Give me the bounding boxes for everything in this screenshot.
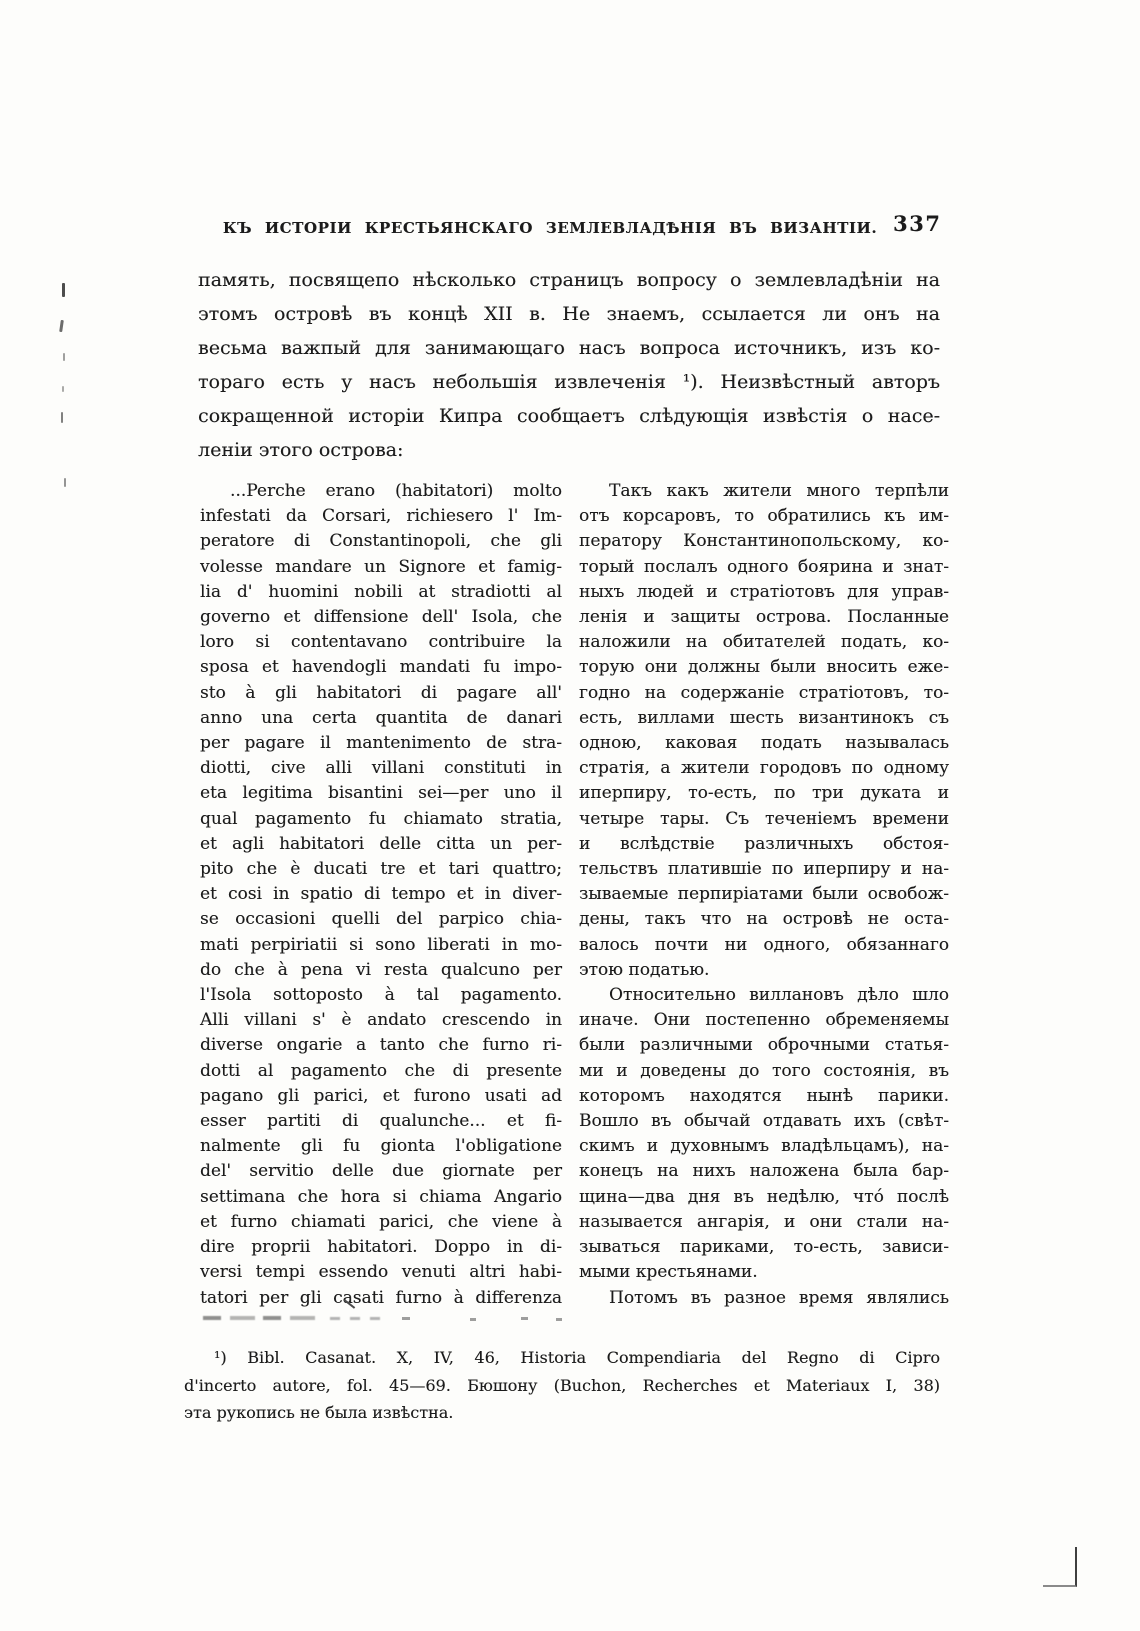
page-number: 337: [893, 211, 941, 236]
scan-smudge-line: [330, 1317, 390, 1320]
text-line: versi tempi essendo venuti altri habi-: [200, 1260, 562, 1285]
text-line: память, посвящепо нѣсколько страницъ воп…: [198, 263, 940, 297]
text-line: конецъ на нихъ наложена была бар-: [579, 1159, 949, 1184]
text-line: тельствъ платившіе по иперпиру и на-: [579, 857, 949, 882]
text-line: щина—два дня въ недѣлю, чтó послѣ: [579, 1185, 949, 1210]
text-line: ми и доведены до того состоянія, въ: [579, 1059, 949, 1084]
text-line: tatori per gli casati furno à differenza: [200, 1286, 562, 1311]
text-line: per pagare il mantenimento de stra-: [200, 731, 562, 756]
text-line: ператору Константинопольскому, ко-: [579, 529, 949, 554]
text-line: Вошло въ обычай отдавать ихъ (свѣт-: [579, 1109, 949, 1134]
text-line: anno una certa quantita de danari: [200, 706, 562, 731]
text-line: весьма важпый для занимающаго насъ вопро…: [198, 331, 940, 365]
text-line: которомъ находятся нынѣ парики.: [579, 1084, 949, 1109]
text-line: dire proprii habitatori. Doppo in di-: [200, 1235, 562, 1260]
text-line: мыми крестьянами.: [579, 1260, 949, 1285]
text-line: торую они должны были вносить еже-: [579, 655, 949, 680]
text-line: Такъ какъ жители много терпѣли: [579, 479, 949, 504]
text-line: et agli habitatori delle citta un per-: [200, 832, 562, 857]
margin-speck: [61, 412, 63, 423]
text-line: del' servitio delle due giornate per: [200, 1159, 562, 1184]
text-line: pagano gli parici, et furono usati ad: [200, 1084, 562, 1109]
text-line: отъ корсаровъ, то обратились къ им-: [579, 504, 949, 529]
text-line: diverse ongarie a tanto che furno ri-: [200, 1033, 562, 1058]
text-line: et furno chiamati parici, che viene à: [200, 1210, 562, 1235]
text-line: sposa et havendogli mandati fu impo-: [200, 655, 562, 680]
text-line: этою податью.: [579, 958, 949, 983]
text-line: дены, такъ что на островѣ не оста-: [579, 907, 949, 932]
text-line: et cosi in spatio di tempo et in diver-: [200, 882, 562, 907]
text-line: dotti al pagamento che di presente: [200, 1059, 562, 1084]
footnote: ¹) Bibl. Casanat. X, IV, 46, Historia Co…: [184, 1344, 940, 1427]
text-line: governo et diffensione dell' Isola, che: [200, 605, 562, 630]
text-line: pito che è ducati tre et tari quattro;: [200, 857, 562, 882]
text-line: ныхъ людей и стратіотовъ для управ-: [579, 580, 949, 605]
margin-speck: [62, 283, 65, 297]
text-line: diotti, cive alli villani constituti in: [200, 756, 562, 781]
text-line: наложили на обитателей подать, ко-: [579, 630, 949, 655]
scan-smudge-dot: [470, 1318, 476, 1321]
running-title: КЪ ИСТОРІИ КРЕСТЬЯНСКАГО ЗЕМЛЕВЛАДѢНІЯ В…: [200, 219, 900, 237]
scan-smudge-line: [203, 1316, 323, 1320]
text-line: были различными оброчными статья-: [579, 1033, 949, 1058]
text-line: l'Isola sottoposto à tal pagamento.: [200, 983, 562, 1008]
text-line: этомъ островѣ въ концѣ XII в. Не знаемъ,…: [198, 297, 940, 331]
scan-smudge-dot: [402, 1317, 410, 1320]
text-line: зываться париками, то-есть, зависи-: [579, 1235, 949, 1260]
text-line: эта рукопись не была извѣстна.: [184, 1399, 940, 1427]
text-line: есть, виллами шесть византинокъ съ: [579, 706, 949, 731]
scanned-book-page: КЪ ИСТОРІИ КРЕСТЬЯНСКАГО ЗЕМЛЕВЛАДѢНІЯ В…: [0, 0, 1140, 1631]
text-line: скимъ и духовнымъ владѣльцамъ), на-: [579, 1134, 949, 1159]
scan-smudge-dot: [556, 1318, 562, 1321]
text-line: Относительно виллановъ дѣло шло: [579, 983, 949, 1008]
text-line: Потомъ въ разное время являлись: [579, 1286, 949, 1311]
text-line: ленія и защиты острова. Посланные: [579, 605, 949, 630]
text-line: четыре тары. Съ теченіемъ времени: [579, 807, 949, 832]
text-line: eta legitima bisantini sei—per uno il: [200, 781, 562, 806]
text-line: иначе. Они постепенно обременяемы: [579, 1008, 949, 1033]
text-line: d'incerto autore, fol. 45—69. Бюшону (Bu…: [184, 1372, 940, 1400]
text-line: mati perpiriatii si sono liberati in mo-: [200, 933, 562, 958]
text-line: ...Perche erano (habitatori) molto: [200, 479, 562, 504]
margin-speck: [62, 386, 64, 392]
text-line: иперпиру, то-есть, по три дуката и: [579, 781, 949, 806]
text-line: годно на содержаніе стратіотовъ, то-: [579, 681, 949, 706]
text-line: Alli villani s' è andato crescendo in: [200, 1008, 562, 1033]
text-line: тораго есть у насъ небольшія извлеченія …: [198, 365, 940, 399]
text-line: qual pagamento fu chiamato stratia,: [200, 807, 562, 832]
text-line: nalmente gli fu gionta l'obligatione: [200, 1134, 562, 1159]
text-line: одною, каковая подать называлась: [579, 731, 949, 756]
text-line: леніи этого острова:: [198, 433, 940, 467]
margin-speck: [64, 478, 66, 487]
right-column-russian-text: Такъ какъ жители много терпѣлиотъ корсар…: [579, 479, 949, 1311]
text-line: infestati da Corsari, richiesero l' Im-: [200, 504, 562, 529]
intro-paragraph: память, посвящепо нѣсколько страницъ воп…: [198, 263, 940, 467]
text-line: sto à gli habitatori di pagare all': [200, 681, 562, 706]
text-line: зываемые перпиріатами были освобож-: [579, 882, 949, 907]
text-line: называется ангарія, и они стали на-: [579, 1210, 949, 1235]
margin-speck: [63, 353, 65, 361]
text-line: lia d' huomini nobili at stradiotti al: [200, 580, 562, 605]
text-line: settimana che hora si chiama Angario: [200, 1185, 562, 1210]
text-line: ¹) Bibl. Casanat. X, IV, 46, Historia Co…: [184, 1344, 940, 1372]
text-line: esser partiti di qualunche... et fi-: [200, 1109, 562, 1134]
text-line: volesse mandare un Signore et famig-: [200, 555, 562, 580]
text-line: loro si contentavano contribuire la: [200, 630, 562, 655]
corner-crop-mark: [1043, 1547, 1077, 1587]
text-line: и вслѣдствіе различныхъ обстоя-: [579, 832, 949, 857]
text-line: peratore di Constantinopoli, che gli: [200, 529, 562, 554]
text-line: торый послалъ одного боярина и знат-: [579, 555, 949, 580]
scan-smudge-dot: [521, 1317, 528, 1320]
margin-speck: [59, 320, 64, 332]
text-line: сокращенной исторіи Кипра сообщаетъ слѣд…: [198, 399, 940, 433]
text-line: do che à pena vi resta qualcuno per: [200, 958, 562, 983]
text-line: валось почти ни одного, обязаннаго: [579, 933, 949, 958]
text-line: стратія, а жители городовъ по одному: [579, 756, 949, 781]
text-line: se occasioni quelli del parpico chia-: [200, 907, 562, 932]
left-column-italian-text: ...Perche erano (habitatori) moltoinfest…: [200, 479, 562, 1311]
